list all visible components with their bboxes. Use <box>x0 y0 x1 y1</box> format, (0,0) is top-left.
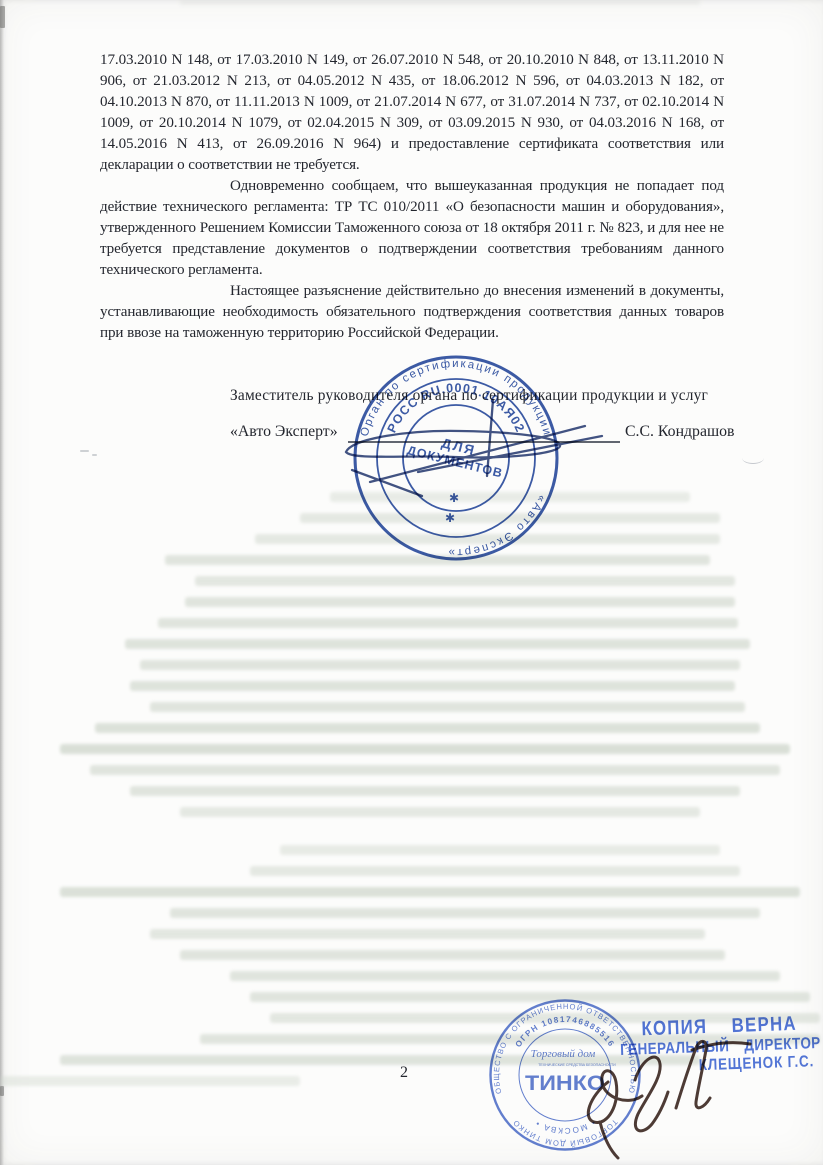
bleed-line <box>158 618 738 628</box>
bleed-line <box>60 744 790 754</box>
paragraph-continuation: 17.03.2010 N 148, от 17.03.2010 N 149, о… <box>100 50 724 176</box>
bleed-line <box>125 639 750 649</box>
bleed-line <box>230 971 780 981</box>
director-handwritten-signature <box>580 1020 765 1165</box>
paragraph-3: Настоящее разъяснение действительно до в… <box>100 281 724 344</box>
bleed-line <box>150 702 745 712</box>
bleed-line <box>180 807 700 817</box>
bleed-line <box>95 723 760 733</box>
bleed-line <box>180 950 725 960</box>
bleed-line <box>280 845 720 855</box>
scan-speck <box>80 450 89 452</box>
scan-edge-shadow <box>0 0 4 1165</box>
bleed-line <box>170 908 760 918</box>
scanned-document-page: 17.03.2010 N 148, от 17.03.2010 N 149, о… <box>0 0 823 1165</box>
bleed-line <box>140 660 740 670</box>
organization-name: «Авто Эксперт» <box>230 423 338 441</box>
handwritten-signature <box>330 390 640 510</box>
paragraph-2: Одновременно сообщаем, что вышеуказанная… <box>100 176 724 281</box>
bleed-line <box>0 1076 300 1086</box>
page-number: 2 <box>384 1064 424 1082</box>
bleed-line <box>195 576 735 586</box>
bleed-line <box>150 929 705 939</box>
stamp-star-icon: ✱ <box>445 511 455 525</box>
signer-name: С.С. Кондрашов <box>625 423 735 441</box>
scan-speck <box>742 452 764 464</box>
bleed-line <box>185 597 735 607</box>
document-body: 17.03.2010 N 148, от 17.03.2010 N 149, о… <box>100 50 724 344</box>
bleed-line <box>250 866 740 876</box>
scan-smudge <box>180 0 700 5</box>
bleed-line <box>130 786 740 796</box>
bleed-line <box>90 765 780 775</box>
scan-edge-artifact <box>0 6 5 28</box>
scan-speck <box>92 454 97 456</box>
bleed-line <box>60 887 800 897</box>
bleed-line <box>130 681 735 691</box>
scan-edge-artifact <box>0 1086 4 1096</box>
